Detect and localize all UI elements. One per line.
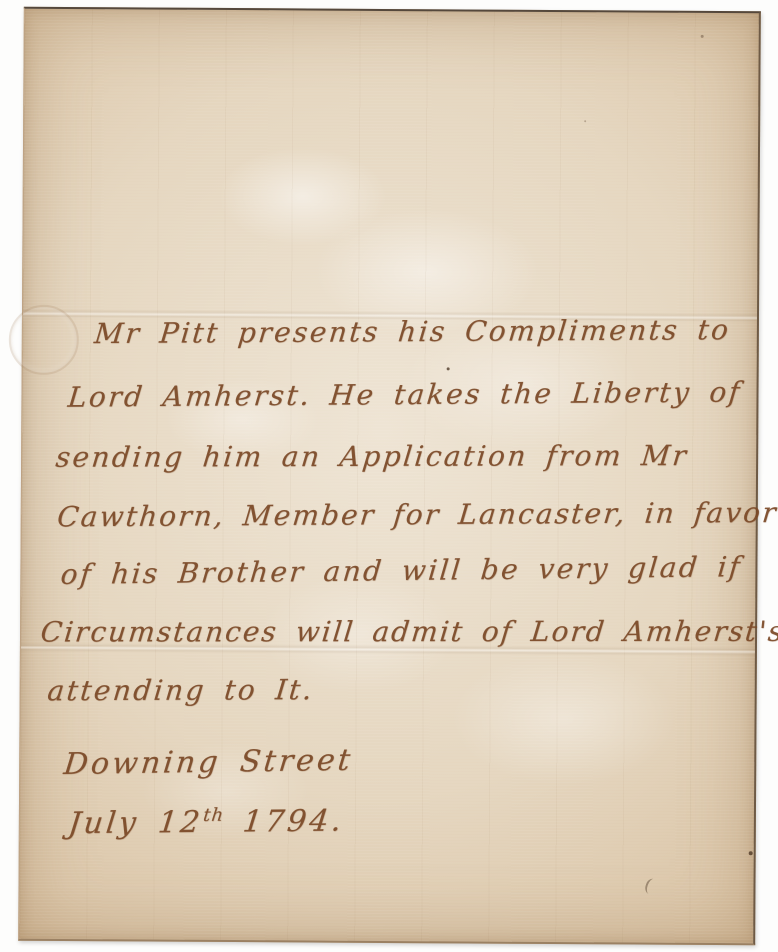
handwriting-line-4: Cawthorn, Member for Lancaster, in favor (56, 496, 778, 533)
date-line: July 12th 1794. (67, 804, 346, 842)
scan-background: Mr Pitt presents his Compliments to Lord… (0, 0, 778, 952)
paper-texture (19, 9, 759, 943)
handwriting-line-6: Circumstances will admit of Lord Amherst… (39, 615, 778, 649)
date-prefix: July 12 (67, 805, 205, 841)
ink-speck (749, 851, 753, 855)
ink-speck (584, 120, 586, 122)
ink-speck (701, 35, 704, 38)
ink-smudge (643, 877, 659, 896)
ink-speck (447, 367, 450, 370)
letter-paper: Mr Pitt presents his Compliments to Lord… (18, 7, 761, 945)
handwriting-line-2: Lord Amherst. He takes the Liberty of (66, 375, 743, 413)
embossed-seal (9, 305, 79, 375)
handwriting-line-7: attending to It. (46, 673, 316, 707)
handwriting-line-3: sending him an Application from Mr (54, 439, 690, 474)
handwriting-line-5: of his Brother and will be very glad if (59, 550, 743, 591)
handwriting-line-1: Mr Pitt presents his Compliments to (93, 313, 732, 350)
date-suffix: 1794. (221, 804, 346, 840)
place-line: Downing Street (62, 743, 355, 782)
